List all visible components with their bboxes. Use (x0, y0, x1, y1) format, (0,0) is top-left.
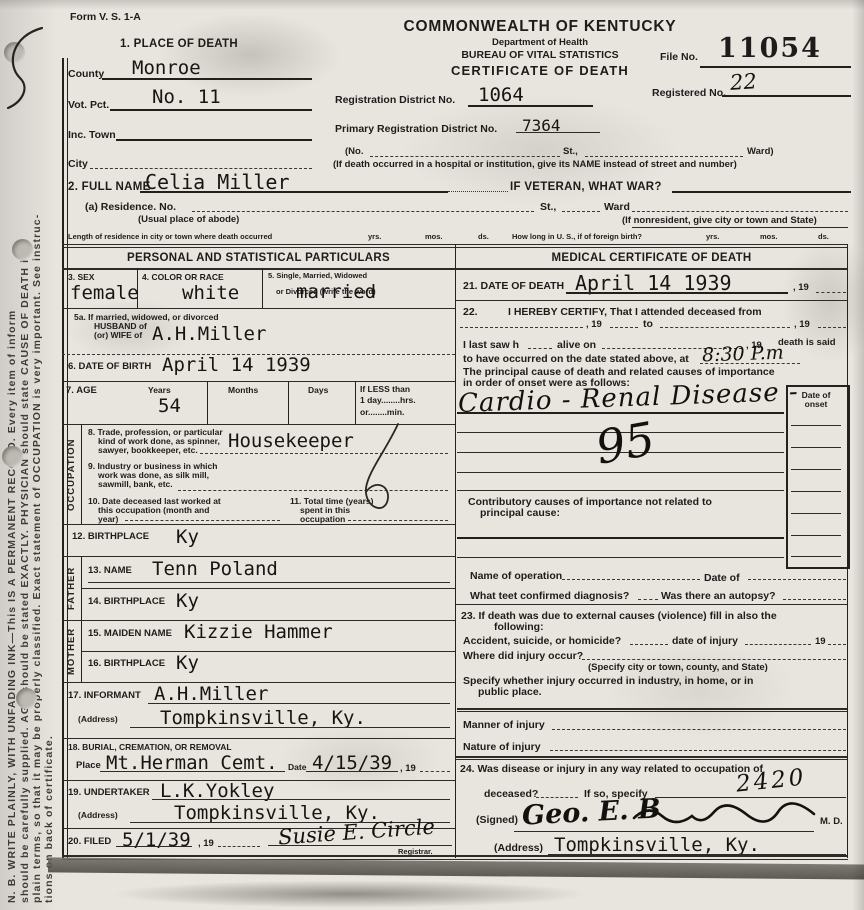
rule-line (268, 845, 452, 846)
item8-label: sawyer, bookkeeper, etc. (98, 445, 198, 455)
rule-line (207, 381, 208, 424)
residence-ward-label: Ward (604, 201, 630, 213)
rule-line (460, 327, 583, 328)
rule-line (455, 244, 456, 858)
rule-line (562, 579, 700, 580)
scan-shadow (110, 880, 590, 908)
rule-line (745, 644, 811, 645)
year-19-label: , 19 (586, 319, 602, 330)
item9-label: sawmill, bank, etc. (98, 479, 173, 489)
deceased-label: deceased? (484, 788, 538, 800)
operation-label: Name of operation (470, 570, 562, 582)
residence-street-label: St., (540, 201, 556, 213)
rule-line (306, 771, 398, 772)
scan-shadow (48, 857, 864, 879)
rule-line (116, 846, 192, 847)
test-diagnosis-label: What teet confirmed diagnosis? (470, 590, 629, 602)
rule-line (791, 469, 841, 470)
date-of-onset-box (786, 385, 850, 569)
rule-line (457, 711, 847, 712)
margin-instruction-line: tions on back of certificate. (43, 735, 55, 903)
rule-line (516, 132, 600, 133)
punch-hole (12, 239, 33, 260)
rule-line (148, 703, 450, 704)
ink-flourish (336, 420, 420, 524)
rule-line (81, 588, 455, 589)
rule-line (62, 308, 455, 309)
filed-label: 20. FILED (68, 836, 111, 847)
rule-line (116, 139, 312, 141)
county-label: County (68, 68, 104, 80)
rule-line (420, 771, 450, 772)
md-label: M. D. (820, 816, 843, 827)
rule-line (455, 756, 847, 758)
rule-line (700, 66, 851, 68)
registration-district-value: 1064 (478, 84, 524, 106)
rule-line (262, 268, 263, 308)
where-injury-label: Where did injury occur? (463, 650, 583, 662)
rule-line (457, 412, 784, 414)
rule-line (62, 268, 455, 270)
address-label: (Address) (494, 842, 543, 854)
rule-line (100, 771, 285, 772)
months-label: Months (228, 385, 258, 395)
ds-label: ds. (478, 232, 489, 241)
rule-line (548, 854, 846, 855)
wife-of-label: (or) WIFE of (94, 330, 142, 340)
yrs-label: yrs. (706, 232, 719, 241)
rule-line (455, 604, 847, 605)
father-birthplace-label: 14. BIRTHPLACE (88, 596, 165, 607)
marital-label: 5. Single, Married, Widowed (268, 271, 367, 280)
specify-city-note: (Specify city or town, county, and State… (588, 662, 768, 673)
filed-date-value: 5/1/39 (122, 829, 191, 851)
scan-shadow (852, 0, 864, 910)
rule-line (655, 797, 846, 798)
form-number: Form V. S. 1-A (70, 11, 141, 23)
length-residence-label: Length of residence in city or town wher… (68, 232, 272, 241)
ward-label: Ward) (747, 146, 774, 157)
registered-number-value: 22 (729, 69, 757, 95)
margin-instruction-line: plain terms, so that it may be properly … (31, 214, 43, 903)
nonresident-note: (If nonresident, give city or town and S… (622, 215, 817, 226)
file-number-label: File No. (660, 51, 698, 63)
item24-label: 24. Was disease or injury in any way rel… (460, 763, 763, 775)
margin-instruction-line: N. B. WRITE PLAINLY, WITH UNFADING INK—T… (6, 310, 18, 903)
rule-line (552, 729, 846, 730)
autopsy-label: Was there an autopsy? (661, 590, 776, 602)
county-value: Monroe (132, 57, 201, 79)
rule-line (660, 327, 790, 328)
burial-date-label: Date (288, 762, 306, 772)
mother-maiden-name-label: 15. MAIDEN NAME (88, 628, 172, 639)
rule-line (88, 582, 450, 583)
spouse-value: A.H.Miller (152, 323, 266, 345)
rule-line (632, 227, 848, 228)
no-label: (No. (345, 146, 363, 157)
rule-line (791, 491, 841, 492)
year-19-label: , 19 (400, 763, 416, 774)
father-name-value: Tenn Poland (152, 558, 278, 580)
ds-label: ds. (818, 232, 829, 241)
rule-line (125, 520, 280, 521)
rule-line (562, 211, 600, 212)
physician-address-value: Tompkinsville, Ky. (554, 834, 760, 856)
date-of-birth-label: 6. DATE OF BIRTH (68, 361, 151, 372)
full-name-label: 2. FULL NAME (68, 181, 151, 193)
year-19-label: , 19 (794, 319, 810, 330)
rule-line (90, 168, 312, 169)
if-less-label: If LESS than (360, 384, 410, 394)
rule-line (62, 556, 455, 557)
registration-district-label: Registration District No. (335, 94, 455, 106)
rule-line (783, 599, 846, 600)
injury-19-label: 19 (815, 636, 826, 647)
city-label: City (68, 158, 88, 170)
mos-label: mos. (760, 232, 778, 241)
mother-side-label: MOTHER (66, 622, 77, 680)
corner-pen-mark (0, 22, 56, 114)
item10-label: year) (98, 514, 118, 524)
rule-line (630, 644, 668, 645)
rule-line (455, 759, 847, 760)
rule-line (550, 750, 846, 751)
occupation-side-label: OCCUPATION (66, 428, 77, 522)
certify-text: I HEREBY CERTIFY, That I attended deceas… (508, 306, 762, 318)
rule-line (457, 708, 847, 710)
rule-line (448, 191, 508, 192)
rule-line (457, 557, 784, 558)
mother-maiden-name-value: Kizzie Hammer (184, 621, 333, 643)
rule-line (722, 95, 851, 97)
address-label: (Address) (78, 810, 118, 820)
rule-line (62, 738, 455, 739)
informant-value: A.H.Miller (154, 683, 268, 705)
to-label: to (643, 318, 653, 330)
medical-section-title: MEDICAL CERTIFICATE OF DEATH (455, 252, 848, 264)
rule-line (610, 327, 638, 328)
rule-line (130, 727, 450, 728)
residence-label: (a) Residence. No. (85, 201, 176, 213)
alive-on-label: alive on (557, 339, 596, 351)
rule-line (468, 105, 593, 107)
inc-town-label: Inc. Town (68, 129, 116, 141)
rule-line (288, 381, 289, 424)
rule-line (791, 556, 841, 557)
rule-line (791, 535, 841, 536)
father-name-label: 13. NAME (88, 565, 132, 576)
rule-line (457, 537, 784, 539)
years-value: 54 (158, 395, 181, 417)
rule-line (748, 579, 846, 580)
personal-section-title: PERSONAL AND STATISTICAL PARTICULARS (62, 252, 455, 264)
injury-date-label: date of injury (672, 635, 738, 647)
year-19-label: , 19 (198, 838, 214, 849)
days-label: Days (308, 385, 328, 395)
rule-line (370, 156, 560, 157)
rule-line (110, 109, 312, 111)
color-race-label: 4. COLOR OR RACE (142, 272, 224, 282)
hospital-note: (If death occurred in a hospital or inst… (333, 159, 737, 170)
rule-line (152, 799, 450, 800)
mother-birthplace-value: Ky (176, 652, 199, 674)
signature-scribble (630, 800, 820, 830)
accident-label: Accident, suicide, or homicide? (463, 635, 621, 647)
occurred-text: to have occurred on the date stated abov… (463, 353, 689, 365)
last-saw-label: I last saw h (463, 339, 519, 351)
rule-line (791, 425, 841, 426)
voting-precinct-label: Vot. Pct. (68, 99, 109, 111)
contributory-label: principal cause: (480, 507, 560, 519)
rule-line (455, 268, 847, 270)
rule-line (62, 381, 455, 382)
signed-label: (Signed) (476, 814, 518, 826)
nature-of-injury-label: Nature of injury (463, 741, 541, 753)
sex-value: female (70, 282, 139, 304)
rule-line (828, 644, 846, 645)
yrs-label: yrs. (368, 232, 381, 241)
manner-of-injury-label: Manner of injury (463, 719, 545, 731)
informant-label: 17. INFORMANT (68, 690, 141, 701)
rule-line (566, 292, 788, 294)
rule-line (455, 300, 847, 301)
death-certificate-page: N. B. WRITE PLAINLY, WITH UNFADING INK—T… (0, 0, 864, 910)
mos-label: mos. (425, 232, 443, 241)
street-label: St., (563, 146, 578, 157)
rule-line (816, 292, 846, 293)
burial-place-label: Place (76, 760, 101, 771)
commonwealth-title: COMMONWEALTH OF KENTUCKY (350, 18, 730, 36)
abode-note: (Usual place of abode) (138, 214, 239, 225)
rule-line (140, 191, 448, 193)
address-label: (Address) (78, 714, 118, 724)
sex-label: 3. SEX (68, 272, 94, 282)
rule-line (791, 447, 841, 448)
date-of-label: Date of (704, 572, 740, 584)
rule-line (638, 599, 658, 600)
death-said-label: death is said (778, 337, 836, 348)
veteran-label: IF VETERAN, WHAT WAR? (510, 181, 662, 193)
file-number-value: 11054 (718, 33, 822, 64)
place-of-death-title: 1. PLACE OF DEATH (120, 38, 238, 50)
rule-line (457, 490, 784, 491)
voting-precinct-value: No. 11 (152, 86, 221, 108)
item22-number: 22. (463, 306, 478, 318)
registrar-label: Registrar. (398, 847, 433, 856)
rule-line (585, 156, 743, 157)
rule-line (632, 211, 848, 212)
if-less-label: 1 day........hrs. (360, 395, 416, 405)
date-of-birth-value: April 14 1939 (162, 354, 311, 376)
rule-line (700, 363, 800, 364)
father-side-label: FATHER (66, 559, 77, 617)
birthplace-label: 12. BIRTHPLACE (72, 531, 149, 542)
how-long-us-label: How long in U. S., if of foreign birth? (512, 232, 642, 241)
rule-line (355, 381, 356, 424)
primary-registration-label: Primary Registration District No. (335, 123, 497, 135)
father-birthplace-value: Ky (176, 590, 199, 612)
years-label: Years (148, 385, 171, 395)
age-label: 7. AGE (66, 385, 97, 396)
birthplace-value: Ky (176, 526, 199, 548)
rule-line (672, 191, 851, 193)
year-19-label: , 19 (793, 282, 809, 293)
registered-number-label: Registered No. (652, 87, 726, 99)
if-less-label: or........min. (360, 407, 404, 417)
rule-line (81, 424, 82, 524)
occupation-value: Housekeeper (228, 430, 354, 452)
rule-line (514, 831, 814, 832)
department-subtitle: Department of Health (350, 37, 730, 48)
specify-whether-label: public place. (478, 686, 542, 698)
informant-address-value: Tompkinsville, Ky. (160, 707, 366, 729)
rule-line (62, 524, 455, 525)
punch-hole (16, 688, 37, 709)
rule-line (528, 348, 552, 349)
marital-value: married (296, 281, 376, 303)
mother-birthplace-label: 16. BIRTHPLACE (88, 658, 165, 669)
burial-label: 18. BURIAL, CREMATION, OR REMOVAL (68, 742, 232, 752)
rule-line (218, 846, 260, 847)
rule-line (791, 513, 841, 514)
rule-line (81, 651, 455, 652)
punch-hole (2, 446, 23, 467)
rule-line (457, 472, 784, 473)
onset-label: onset (786, 399, 846, 409)
margin-instruction-line: should be carefully supplied. AGE should… (19, 251, 31, 903)
item23-label: following: (494, 621, 544, 633)
date-of-death-label: 21. DATE OF DEATH (463, 280, 564, 292)
cause-code-value: 95 (592, 411, 659, 474)
rule-line (582, 659, 846, 660)
rule-line (818, 327, 846, 328)
color-race-value: white (182, 282, 239, 304)
undertaker-label: 19. UNDERTAKER (68, 787, 150, 798)
rule-line (192, 211, 534, 212)
certificate-title: CERTIFICATE OF DEATH (350, 63, 730, 78)
rule-line (102, 78, 312, 80)
